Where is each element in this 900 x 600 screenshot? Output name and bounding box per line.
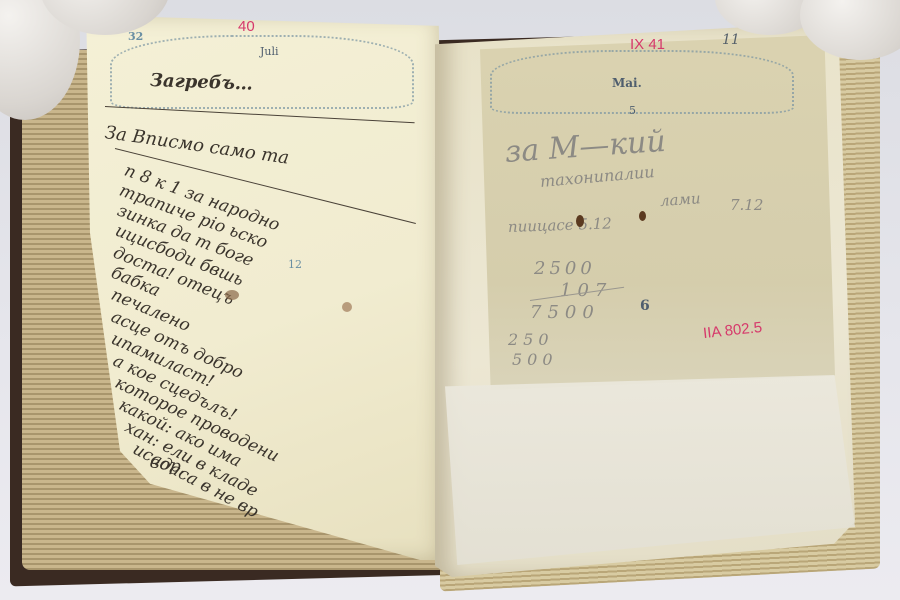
pencil-mark-top: 11 [722, 32, 740, 48]
pencil-line: 7.12 [730, 196, 763, 214]
ink-stain [576, 215, 584, 227]
pencil-line: пиицасе 5.12 [508, 214, 612, 236]
pencil-sum: 2500 [534, 258, 596, 279]
printed-next-day: 6 [640, 298, 650, 314]
ink-stain [225, 290, 239, 300]
printed-corner-number: 32 [128, 30, 143, 43]
red-page-number: 40 [238, 18, 255, 35]
notebook-photo: 40 32 Juli Загребъ… За Bписмо само та п … [0, 0, 900, 600]
printed-month-right: Mai. [612, 76, 642, 90]
ink-stain [639, 211, 646, 221]
printed-month-left: Juli [260, 45, 279, 58]
handwritten-heading: Загребъ… [150, 70, 254, 95]
ink-stain [342, 302, 352, 312]
pencil-sum: 500 [512, 350, 558, 369]
pencil-sum: 250 [508, 330, 554, 349]
printed-ornament-frame-right [490, 50, 794, 114]
printed-small-number: 12 [288, 258, 302, 271]
pencil-sum: 7500 [530, 302, 600, 323]
pencil-line: лами [659, 189, 701, 210]
red-shelf-mark-top: IX 41 [630, 36, 665, 53]
printed-day: 5 [629, 104, 636, 117]
